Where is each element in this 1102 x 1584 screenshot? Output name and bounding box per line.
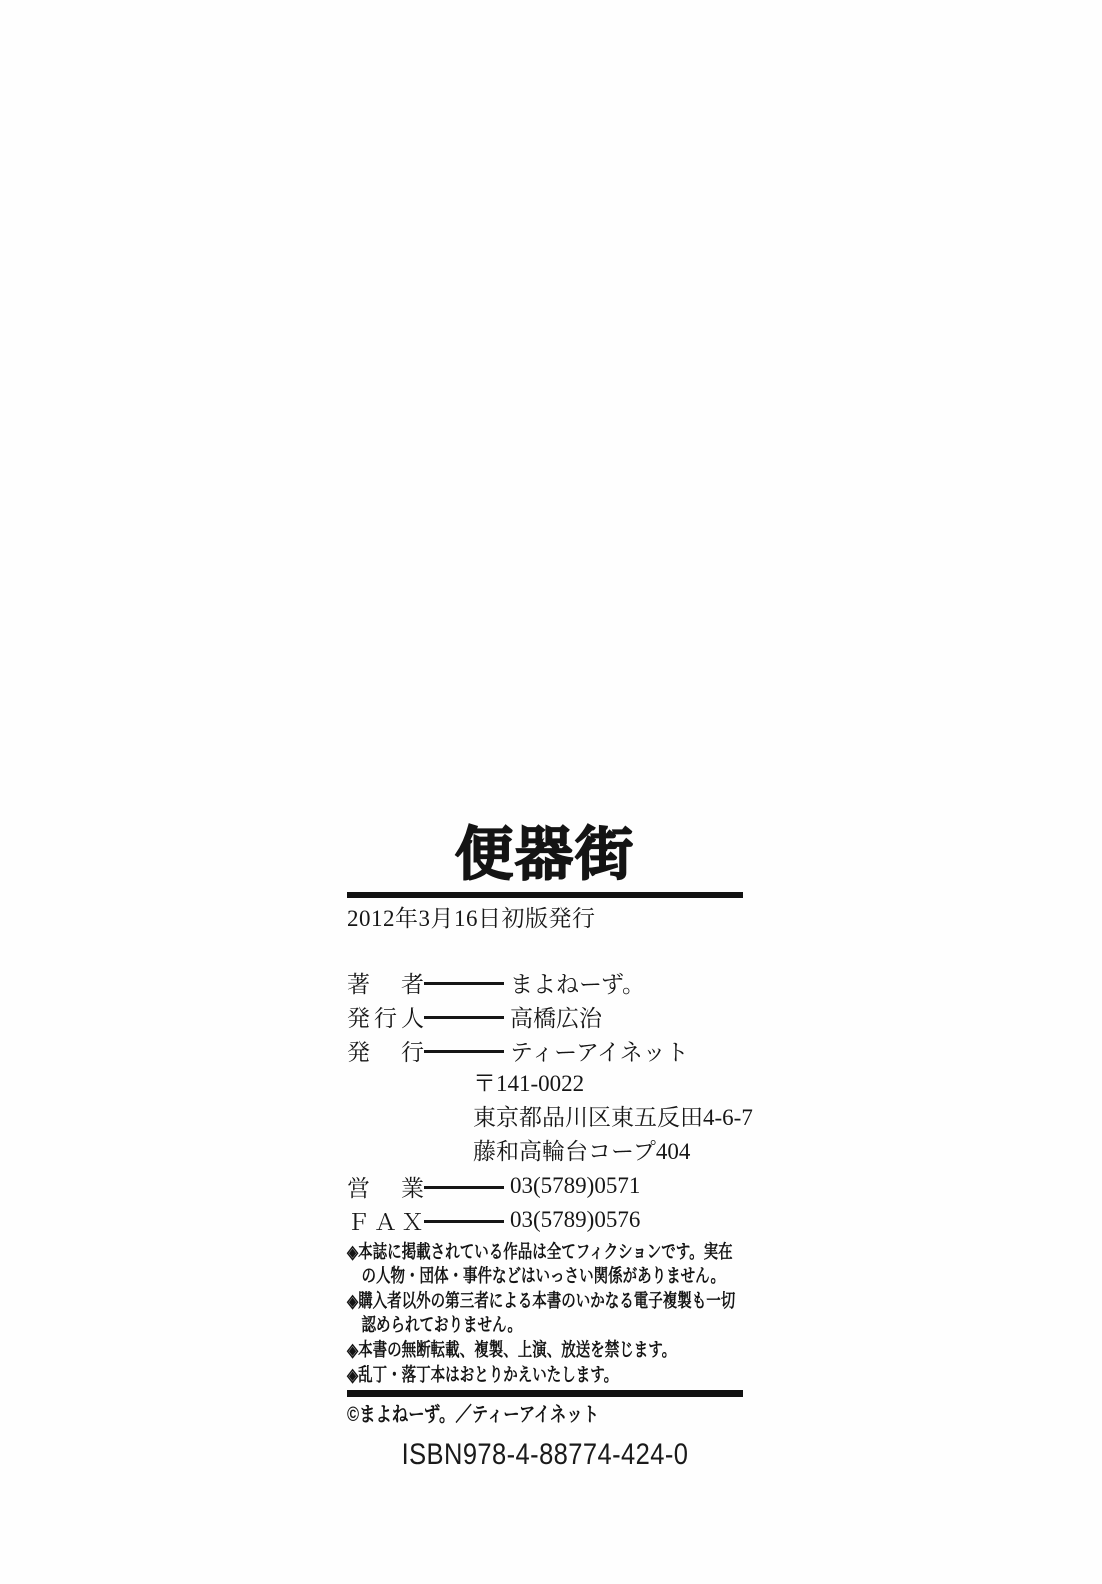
notice-item-copy: ◈購入者以外の第三者による本書のいかなる電子複製も一切認められておりません。 [347, 1289, 743, 1337]
notice-bullet-icon: ◈ [347, 1241, 358, 1262]
credit-label: 著 者 [347, 966, 424, 999]
contact-row-fax: ＦＡＸ 03(5789)0576 [347, 1203, 743, 1237]
footer-divider [347, 1390, 743, 1397]
edition-date: 2012年3月16日初版発行 [347, 904, 743, 934]
credits-list: 著 者 まよねーず。 発行人 高橋広治 発 行 ティーアイネット [347, 965, 743, 1067]
notice-text: 本書の無断転載、複製、上演、放送を禁じます。 [358, 1339, 676, 1360]
credit-value: ティーアイネット [510, 1034, 689, 1067]
credit-dash [424, 1050, 504, 1053]
contact-label: 営 業 [347, 1170, 424, 1203]
contact-label: ＦＡＸ [347, 1204, 424, 1237]
credit-label: 発行人 [347, 1000, 424, 1033]
notice-bullet-icon: ◈ [347, 1364, 358, 1385]
book-title: 便器街 [347, 824, 743, 886]
notice-text: 乱丁・落丁本はおとりかえいたします。 [358, 1364, 618, 1385]
contact-row-sales: 営 業 03(5789)0571 [347, 1169, 743, 1203]
notice-text: 購入者以外の第三者による本書のいかなる電子複製も一切認められておりません。 [358, 1290, 735, 1335]
title-divider [347, 892, 743, 898]
notice-text: 本誌に掲載されている作品は全てフィクションです。実在の人物・団体・事件などはいっ… [358, 1241, 733, 1286]
colophon-block: 便器街 2012年3月16日初版発行 著 者 まよねーず。 発行人 高橋広治 発… [347, 824, 743, 1472]
credit-dash [424, 1016, 504, 1019]
legal-notices: ◈本誌に掲載されている作品は全てフィクションです。実在の人物・団体・事件などはい… [347, 1240, 743, 1387]
notice-bullet-icon: ◈ [347, 1339, 358, 1360]
credit-dash [424, 982, 504, 985]
contact-dash [424, 1186, 504, 1189]
notice-bullet-icon: ◈ [347, 1290, 358, 1311]
notice-item-fiction: ◈本誌に掲載されている作品は全てフィクションです。実在の人物・団体・事件などはい… [347, 1240, 743, 1288]
credit-label: 発 行 [347, 1034, 424, 1067]
contact-value: 03(5789)0571 [510, 1173, 640, 1199]
colophon-page: 便器街 2012年3月16日初版発行 著 者 まよねーず。 発行人 高橋広治 発… [0, 0, 1102, 1584]
address-postal-code: 〒141-0022 [347, 1067, 743, 1101]
credit-row-publisher-person: 発行人 高橋広治 [347, 999, 743, 1033]
contact-dash [424, 1220, 504, 1223]
credit-row-publisher-company: 発 行 ティーアイネット [347, 1033, 743, 1067]
copyright-line: ©まよねーず。／ティーアイネット [347, 1403, 672, 1428]
credit-value: 高橋広治 [510, 1000, 602, 1033]
credit-row-author: 著 者 まよねーず。 [347, 965, 743, 999]
publisher-address: 〒141-0022 東京都品川区東五反田4-6-7 藤和高輪台コープ404 [347, 1067, 743, 1169]
address-street: 東京都品川区東五反田4-6-7 [347, 1101, 743, 1135]
address-building: 藤和高輪台コープ404 [347, 1135, 743, 1169]
contact-value: 03(5789)0576 [510, 1207, 640, 1233]
notice-item-defect: ◈乱丁・落丁本はおとりかえいたします。 [347, 1363, 743, 1387]
credit-value: まよねーず。 [510, 966, 645, 999]
contacts-list: 営 業 03(5789)0571 ＦＡＸ 03(5789)0576 [347, 1169, 743, 1237]
isbn-number: ISBN978-4-88774-424-0 [377, 1438, 714, 1472]
notice-item-reprint: ◈本書の無断転載、複製、上演、放送を禁じます。 [347, 1338, 743, 1362]
